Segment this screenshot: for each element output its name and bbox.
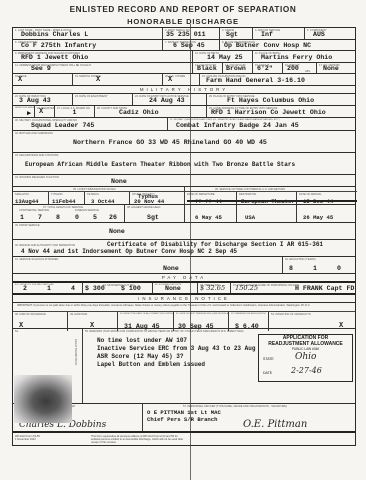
race-mark: X <box>18 76 22 84</box>
form-id: WD AGO Form 53-55 1 November 1944 <box>15 435 75 441</box>
stamp-state-value: Ohio <box>295 352 316 362</box>
section-pay-data: PAY DATA <box>13 275 355 280</box>
field-officer-signature: 57. Personnel officer (Type name, grade … <box>143 404 357 431</box>
strikethrough-line <box>187 200 357 202</box>
field-serial: 2. Army serial no. 35 235 011 <box>163 28 220 39</box>
row-schools: 41. Service schools attended None 42. Ed… <box>13 257 355 274</box>
row-identity: 1. Last name - First name - Middle initi… <box>13 28 355 40</box>
row-total-service: 37. Total length of service Continental … <box>13 205 355 223</box>
field-registered: 26. Registered X <box>35 106 55 117</box>
readjustment-allowance-stamp: APPLICATION FOR READJUSTMENT ALLOWANCE P… <box>258 334 353 382</box>
citizen-mark: X <box>168 76 172 84</box>
field-separation-place: 8. Place of separation Op Butner Conv Ho… <box>220 40 357 50</box>
officer-signature: O.E. Pittman <box>243 419 307 430</box>
trip-2-departure: 6 May 45 <box>195 214 222 221</box>
induction-date-value: 3 Aug 43 <box>19 97 51 104</box>
row-organization: 6. Organization Co F 275th Infantry 7. D… <box>13 40 355 51</box>
field-total-service: 37. Total length of service Continental … <box>13 205 125 222</box>
reason-line-2: 4 Nov 44 and 1st Indorsement Op Butner C… <box>21 248 237 255</box>
birth-date-value: 14 May 25 <box>207 54 243 61</box>
row-pay: 43. Longevity for pay purposes 2 1 4 44.… <box>13 281 355 295</box>
field-immunization: 35. Latest immunization dates Smallpox 1… <box>13 187 185 204</box>
field-remarks: 55. Remarks (This space for completion o… <box>83 329 357 403</box>
field-schools: 41. Service schools attended None <box>13 257 283 273</box>
field-battles: 32. Battles and campaigns Northern Franc… <box>13 131 357 152</box>
field-birth-place: 11. Place of birth Martins Ferry Ohio <box>253 51 357 62</box>
field-height: 15. Height 6'2" <box>253 63 283 73</box>
typhoid-cell: Typhoid 11Feb44 <box>49 192 85 204</box>
row-physical: 12. Address from which employment will b… <box>13 63 355 74</box>
employment-address-value: See 9 <box>31 65 51 72</box>
field-travel-pay: 46. Travel pay $ 32.65 <box>198 283 231 293</box>
local-board-value: 1 <box>55 109 94 116</box>
field-education: 42. Education (years) 8 1 0 <box>283 257 357 273</box>
field-organization: 6. Organization Co F 275th Infantry <box>13 40 163 50</box>
field-entry-date: 24. Date of entry into active service 24… <box>133 94 207 105</box>
field-separation-date: 7. Date of separation 6 Sep 45 <box>163 40 220 50</box>
prior-service-value: None <box>109 228 125 235</box>
tetanus-cell: Tetanus 3 Oct44 <box>85 192 130 204</box>
arrow-icon: ▶ <box>27 109 31 117</box>
entry-date-value: 24 Aug 43 <box>149 97 185 104</box>
row-decorations: 33. Decorations and citations European A… <box>13 153 355 175</box>
field-entry-place: 25. Place of entry into service Ft Hayes… <box>207 94 357 105</box>
field-specialty: 30. Military occupational specialty and … <box>13 118 168 130</box>
registered-mark: X <box>39 108 43 116</box>
stamp-date-value: 2-27-46 <box>291 366 322 375</box>
field-dependents: 17. No. depend. None <box>317 63 357 73</box>
field-local-board: 27. Local S.S. Board no. 1 <box>55 106 95 117</box>
row-selective-service: Selective service data ▶ 26. Registered … <box>13 106 355 118</box>
document-subtitle: HONORABLE DISCHARGE <box>0 17 366 26</box>
field-wounds: 34. Wounds received in action None <box>13 175 357 186</box>
trip-2-arrival: 26 May 45 <box>303 214 333 221</box>
smallpox-cell: Smallpox 13Aug44 <box>13 192 49 204</box>
field-home-address: 29. Home address at time of entry into s… <box>207 106 357 117</box>
row-reason: 40. Reason and authority for separation … <box>13 240 355 257</box>
schools-value: None <box>163 265 179 272</box>
field-name: 1. Last name - First name - Middle initi… <box>13 28 163 39</box>
hair-value: Brown <box>226 65 246 72</box>
arm-value: Inf <box>261 31 273 38</box>
row-wounds: 34. Wounds received in action None <box>13 175 355 187</box>
component-value: AUS <box>313 31 325 38</box>
field-qualification: 31. Military qualification and date (i.e… <box>168 118 357 130</box>
highest-grade-value: Sgt <box>147 214 159 221</box>
county-state-value: Cadiz Ohio <box>119 109 159 116</box>
wounds-value: None <box>111 178 127 185</box>
field-arm: 4. Arm or service Inf <box>253 28 305 39</box>
marital-mark: X <box>96 76 100 84</box>
row-address: 9. Permanent address for mailing purpose… <box>13 51 355 63</box>
field-mustering-out: 44. Mustering out pay $ 300 $ 100 <box>83 283 153 293</box>
specialty-value: Squad Leader 745 <box>31 122 94 129</box>
separation-date-value: 6 Sep 45 <box>173 42 205 49</box>
thumbprint-image <box>14 375 72 423</box>
battles-value: Northern France GO 33 WD 45 Rhineland GO… <box>73 139 267 146</box>
discharge-document: ENLISTED RECORD AND REPORT OF SEPARATION… <box>0 0 366 480</box>
field-citizen: 20. U.S. Citizen X <box>163 74 200 85</box>
row-prior-service: 39. Prior service None <box>13 223 355 240</box>
field-component: 5. Component AUS <box>305 28 357 39</box>
section-military-history: MILITARY HISTORY <box>13 87 355 92</box>
field-civilian-occupation: 21. Civilian occupation and no. Farm Han… <box>200 74 357 85</box>
qualification-value: Combat Infantry Badge 24 Jan 45 <box>176 122 299 129</box>
row-specialty: 30. Military occupational specialty and … <box>13 118 355 131</box>
other-immunization-cell: Other (specify) Typhus 20 Nov 44 <box>130 192 185 204</box>
grade-value: Sgt <box>226 31 238 38</box>
fold-line <box>190 24 191 480</box>
section-insurance: INSURANCE NOTICE <box>13 296 355 301</box>
field-address: 9. Permanent address for mailing purpose… <box>13 51 193 62</box>
address-value: RFD 1 Jewett Ohio <box>21 54 88 61</box>
field-total-amount: 47. Total amount, name of disbursing off… <box>231 283 357 293</box>
field-hair: 14. Color hair Brown <box>223 63 253 73</box>
field-eyes: 13. Color eyes Black <box>193 63 223 73</box>
eyes-value: Black <box>197 65 217 72</box>
field-employment-address: 12. Address from which employment will b… <box>13 63 193 73</box>
field-selective-service: Selective service data ▶ <box>13 106 35 117</box>
row-status: 18. Race X 19. Marital status X 20. U.S.… <box>13 74 355 86</box>
dependents-value: None <box>323 65 339 72</box>
serial-value: 35 235 011 <box>166 31 206 38</box>
field-decorations: 33. Decorations and citations European A… <box>13 153 357 174</box>
entry-place-value: Ft Hayes Columbus Ohio <box>227 97 314 104</box>
field-soldiers-deposits: 45. Soldiers deposits None <box>153 283 198 293</box>
field-induction-date: 22. Date of induction 3 Aug 43 <box>13 94 73 105</box>
row-induction: 22. Date of induction 3 Aug 43 23. Date … <box>13 93 355 106</box>
reason-line-1: Certificate of Disability for Discharge … <box>107 241 323 248</box>
separation-place-value: Op Butner Conv Hosp NC <box>224 42 311 49</box>
field-service-outside: 36. Service outside continental U.S. and… <box>185 187 357 204</box>
supersedes-note: This form supersedes all previous editio… <box>91 435 187 446</box>
name-value: Dobbins Charles L <box>21 31 88 38</box>
field-highest-grade: 38. Highest grade held Sgt <box>125 205 185 222</box>
document-title: ENLISTED RECORD AND REPORT OF SEPARATION <box>0 5 366 14</box>
field-grade: 3. Grade Sgt <box>220 28 253 39</box>
row-battles: 32. Battles and campaigns Northern Franc… <box>13 131 355 153</box>
field-reason: 40. Reason and authority for separation … <box>13 240 357 256</box>
row-insurance: IMPORTANT: If premium is not paid when d… <box>13 302 355 329</box>
row-immunization-travel: 35. Latest immunization dates Smallpox 1… <box>13 187 355 205</box>
organization-value: Co F 275th Infantry <box>21 42 96 49</box>
decorations-value: European African Middle Eastern Theater … <box>25 161 295 168</box>
field-enlistment-date: 23. Date of enlistment <box>73 94 133 105</box>
field-prior-service: 39. Prior service None <box>13 223 357 239</box>
remarks-lines: No time lost under AW 107 Inactive Servi… <box>97 337 266 369</box>
weight-value: 200 <box>287 65 299 72</box>
home-address-value: RFD 1 Harrison Co Jewett Ohio <box>211 109 326 116</box>
height-value: 6'2" <box>257 65 273 72</box>
field-marital: 19. Marital status X <box>73 74 163 85</box>
field-birth-date: 10. Date of birth 14 May 25 <box>193 51 253 62</box>
field-weight: 16. Weight 200 lbs. <box>283 63 317 73</box>
trip-2-destination: USA <box>245 214 255 221</box>
field-longevity: 43. Longevity for pay purposes 2 1 4 <box>13 283 83 293</box>
civilian-occupation-value: Farm Hand General 3-16.10 <box>206 77 305 84</box>
birth-place-value: Martins Ferry Ohio <box>261 54 332 61</box>
field-race: 18. Race X <box>13 74 73 85</box>
